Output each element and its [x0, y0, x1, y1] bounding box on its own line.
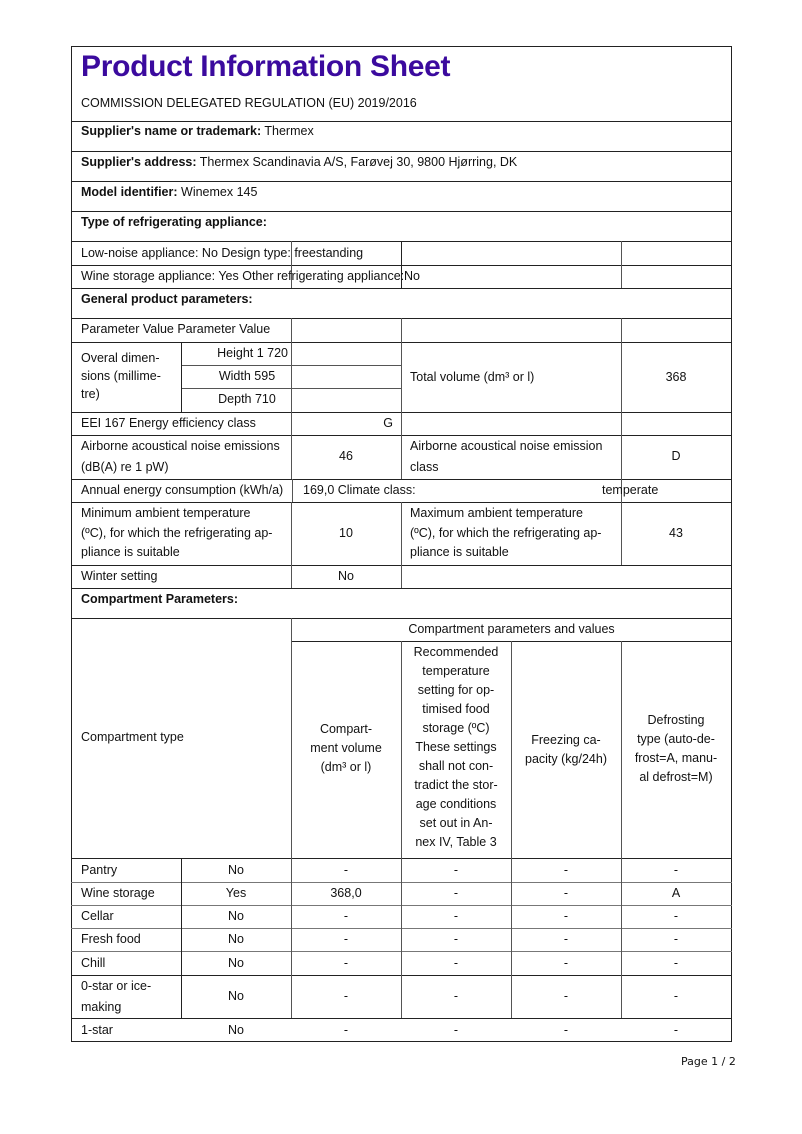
- compartment-freeze-value: -: [511, 930, 621, 949]
- header-line: type (auto-de-: [621, 730, 731, 749]
- compartment-type-label: Fresh food: [81, 930, 141, 949]
- max-temp-label-2: (ºC), for which the refrigerating ap-: [410, 524, 601, 543]
- page-title: Product Information Sheet: [81, 50, 450, 84]
- compartment-type-label: Chill: [81, 954, 105, 973]
- compartment-defrost-value: -: [621, 930, 731, 949]
- compartment-defrost-value: A: [621, 884, 731, 903]
- compartment-type-label: Wine storage: [81, 884, 155, 903]
- model-label: Model identifier:: [81, 185, 178, 199]
- header-line: temperature: [401, 662, 511, 681]
- divider: [71, 1018, 732, 1019]
- supplier-address-row: Supplier's address: Thermex Scandinavia …: [81, 153, 517, 172]
- compartment-volume-value: -: [291, 987, 401, 1006]
- noise-value: 46: [291, 447, 401, 466]
- compartment-type-label: 1-star: [81, 1021, 113, 1040]
- header-line: set out in An-: [401, 814, 511, 833]
- compartment-temp-value: -: [401, 1021, 511, 1040]
- compartment-present-value: No: [181, 1021, 291, 1040]
- compartment-temp-value: -: [401, 954, 511, 973]
- compartment-temp-value: -: [401, 907, 511, 926]
- noise-class-label-1: Airborne acoustical noise emission: [410, 437, 602, 456]
- dimensions-label-3: tre): [81, 385, 100, 404]
- compartment-defrost-value: -: [621, 1021, 731, 1040]
- header-line: shall not con-: [401, 757, 511, 776]
- compartment-freeze-value: -: [511, 987, 621, 1006]
- compartment-present-value: No: [181, 861, 291, 880]
- appliance-type-heading: Type of refrigerating appliance:: [81, 213, 267, 232]
- depth-value: Depth 710: [181, 390, 313, 409]
- header-line: age conditions: [401, 795, 511, 814]
- compartment-freeze-value: -: [511, 1021, 621, 1040]
- min-temp-label-3: pliance is suitable: [81, 543, 180, 562]
- compartment-volume-value: -: [291, 930, 401, 949]
- divider: [401, 502, 402, 588]
- compartment-freeze-value: -: [511, 884, 621, 903]
- compartments-heading-text: Compartment Parameters:: [81, 592, 238, 606]
- compartment-present-value: Yes: [181, 884, 291, 903]
- total-volume-label: Total volume (dm³ or l): [410, 368, 534, 387]
- appliance-type-row-2: Wine storage appliance: Yes Other refrig…: [81, 267, 404, 286]
- compartment-volume-value: -: [291, 907, 401, 926]
- max-temp-value: 43: [621, 524, 731, 543]
- header-line: Recommended: [401, 643, 511, 662]
- compartment-defrost-value: -: [621, 987, 731, 1006]
- divider: [621, 318, 622, 342]
- dimensions-label-1: Overal dimen-: [81, 349, 160, 368]
- compartments-heading: Compartment Parameters:: [81, 590, 238, 609]
- divider: [621, 412, 622, 479]
- appliance-type-row-1: Low-noise appliance: No Design type: fre…: [81, 244, 363, 263]
- col-temp-header: Recommendedtemperaturesetting for op-tim…: [401, 643, 511, 852]
- divider: [401, 318, 402, 479]
- compartment-freeze-value: -: [511, 907, 621, 926]
- header-line: al defrost=M): [621, 768, 731, 787]
- supplier-address-value: Thermex Scandinavia A/S, Farøvej 30, 980…: [200, 155, 518, 169]
- supplier-name-label: Supplier's name or trademark:: [81, 124, 261, 138]
- total-volume-value: 368: [621, 368, 731, 387]
- supplier-name-row: Supplier's name or trademark: Thermex: [81, 122, 314, 141]
- param-header: Parameter Value Parameter Value: [81, 320, 270, 339]
- header-line: nex IV, Table 3: [401, 833, 511, 852]
- compartment-temp-value: -: [401, 861, 511, 880]
- col-volume-header: Compart-ment volume(dm³ or l): [291, 720, 401, 777]
- compartment-freeze-value: -: [511, 954, 621, 973]
- col-freeze-header: Freezing ca-pacity (kg/24h): [511, 731, 621, 769]
- min-temp-label-2: (ºC), for which the refrigerating ap-: [81, 524, 272, 543]
- divider: [71, 151, 732, 152]
- divider: [71, 211, 732, 212]
- width-value: Width 595: [181, 367, 313, 386]
- header-line: frost=A, manu-: [621, 749, 731, 768]
- winter-setting-label: Winter setting: [81, 567, 157, 586]
- height-value: Height 1 720: [181, 344, 288, 363]
- compartment-temp-value: -: [401, 884, 511, 903]
- appliance-type-heading-text: Type of refrigerating appliance:: [81, 215, 267, 229]
- compartment-defrost-value: -: [621, 954, 731, 973]
- compartment-present-value: No: [181, 987, 291, 1006]
- compartment-volume-value: -: [291, 861, 401, 880]
- divider: [71, 288, 732, 289]
- header-line: Freezing ca-: [511, 731, 621, 750]
- energy-value-climate: 169,0 Climate class:: [303, 481, 416, 500]
- compartment-type-label: 0-star or ice-: [81, 977, 151, 996]
- header-line: tradict the stor-: [401, 776, 511, 795]
- dimensions-label-2: sions (millime-: [81, 367, 161, 386]
- col-defrost-header: Defrostingtype (auto-de-frost=A, manu-al…: [621, 711, 731, 787]
- other-appliance-value: No: [404, 267, 420, 286]
- compartment-defrost-value: -: [621, 861, 731, 880]
- divider: [292, 479, 293, 502]
- compartment-volume-value: -: [291, 954, 401, 973]
- max-temp-label-1: Maximum ambient temperature: [410, 504, 583, 523]
- min-temp-value: 10: [291, 524, 401, 543]
- divider: [621, 241, 622, 288]
- compartment-volume-value: -: [291, 1021, 401, 1040]
- winter-setting-value: No: [291, 567, 401, 586]
- noise-class-label-2: class: [410, 458, 438, 477]
- compartment-defrost-value: -: [621, 907, 731, 926]
- supplier-address-label: Supplier's address:: [81, 155, 197, 169]
- energy-label: Annual energy consumption (kWh/a): [81, 481, 283, 500]
- model-value: Winemex 145: [181, 185, 257, 199]
- divider: [71, 618, 732, 619]
- compartment-present-value: No: [181, 907, 291, 926]
- page-number: Page 1 / 2: [681, 1055, 736, 1068]
- header-line: Compart-: [291, 720, 401, 739]
- header-line: (dm³ or l): [291, 758, 401, 777]
- divider: [71, 181, 732, 182]
- compartment-freeze-value: -: [511, 861, 621, 880]
- general-heading-text: General product parameters:: [81, 292, 253, 306]
- compartment-temp-value: -: [401, 987, 511, 1006]
- energy-class-value: G: [291, 414, 393, 433]
- noise-label-1: Airborne acoustical noise emissions: [81, 437, 280, 456]
- min-temp-label-1: Minimum ambient temperature: [81, 504, 251, 523]
- model-row: Model identifier: Winemex 145: [81, 183, 257, 202]
- compartment-type-label: making: [81, 998, 121, 1017]
- header-line: pacity (kg/24h): [511, 750, 621, 769]
- header-line: setting for op-: [401, 681, 511, 700]
- compartment-type-label: Cellar: [81, 907, 114, 926]
- divider: [71, 588, 732, 589]
- compartment-type-header: Compartment type: [81, 728, 184, 747]
- eei-label: EEI 167 Energy efficiency class: [81, 414, 256, 433]
- noise-class-value: D: [621, 447, 731, 466]
- compartment-present-value: No: [181, 954, 291, 973]
- header-line: Defrosting: [621, 711, 731, 730]
- general-heading: General product parameters:: [81, 290, 253, 309]
- max-temp-label-3: pliance is suitable: [410, 543, 509, 562]
- supplier-name-value: Thermex: [264, 124, 313, 138]
- compartment-type-label: Pantry: [81, 861, 117, 880]
- header-line: timised food: [401, 700, 511, 719]
- regulation-text: COMMISSION DELEGATED REGULATION (EU) 201…: [81, 94, 417, 113]
- climate-class-value: temperate: [602, 481, 658, 500]
- noise-label-2: (dB(A) re 1 pW): [81, 458, 169, 477]
- compartment-volume-value: 368,0: [291, 884, 401, 903]
- header-line: ment volume: [291, 739, 401, 758]
- divider: [71, 479, 732, 480]
- header-line: storage (ºC): [401, 719, 511, 738]
- compartment-group-header: Compartment parameters and values: [291, 620, 732, 639]
- compartment-temp-value: -: [401, 930, 511, 949]
- header-line: These settings: [401, 738, 511, 757]
- compartment-present-value: No: [181, 930, 291, 949]
